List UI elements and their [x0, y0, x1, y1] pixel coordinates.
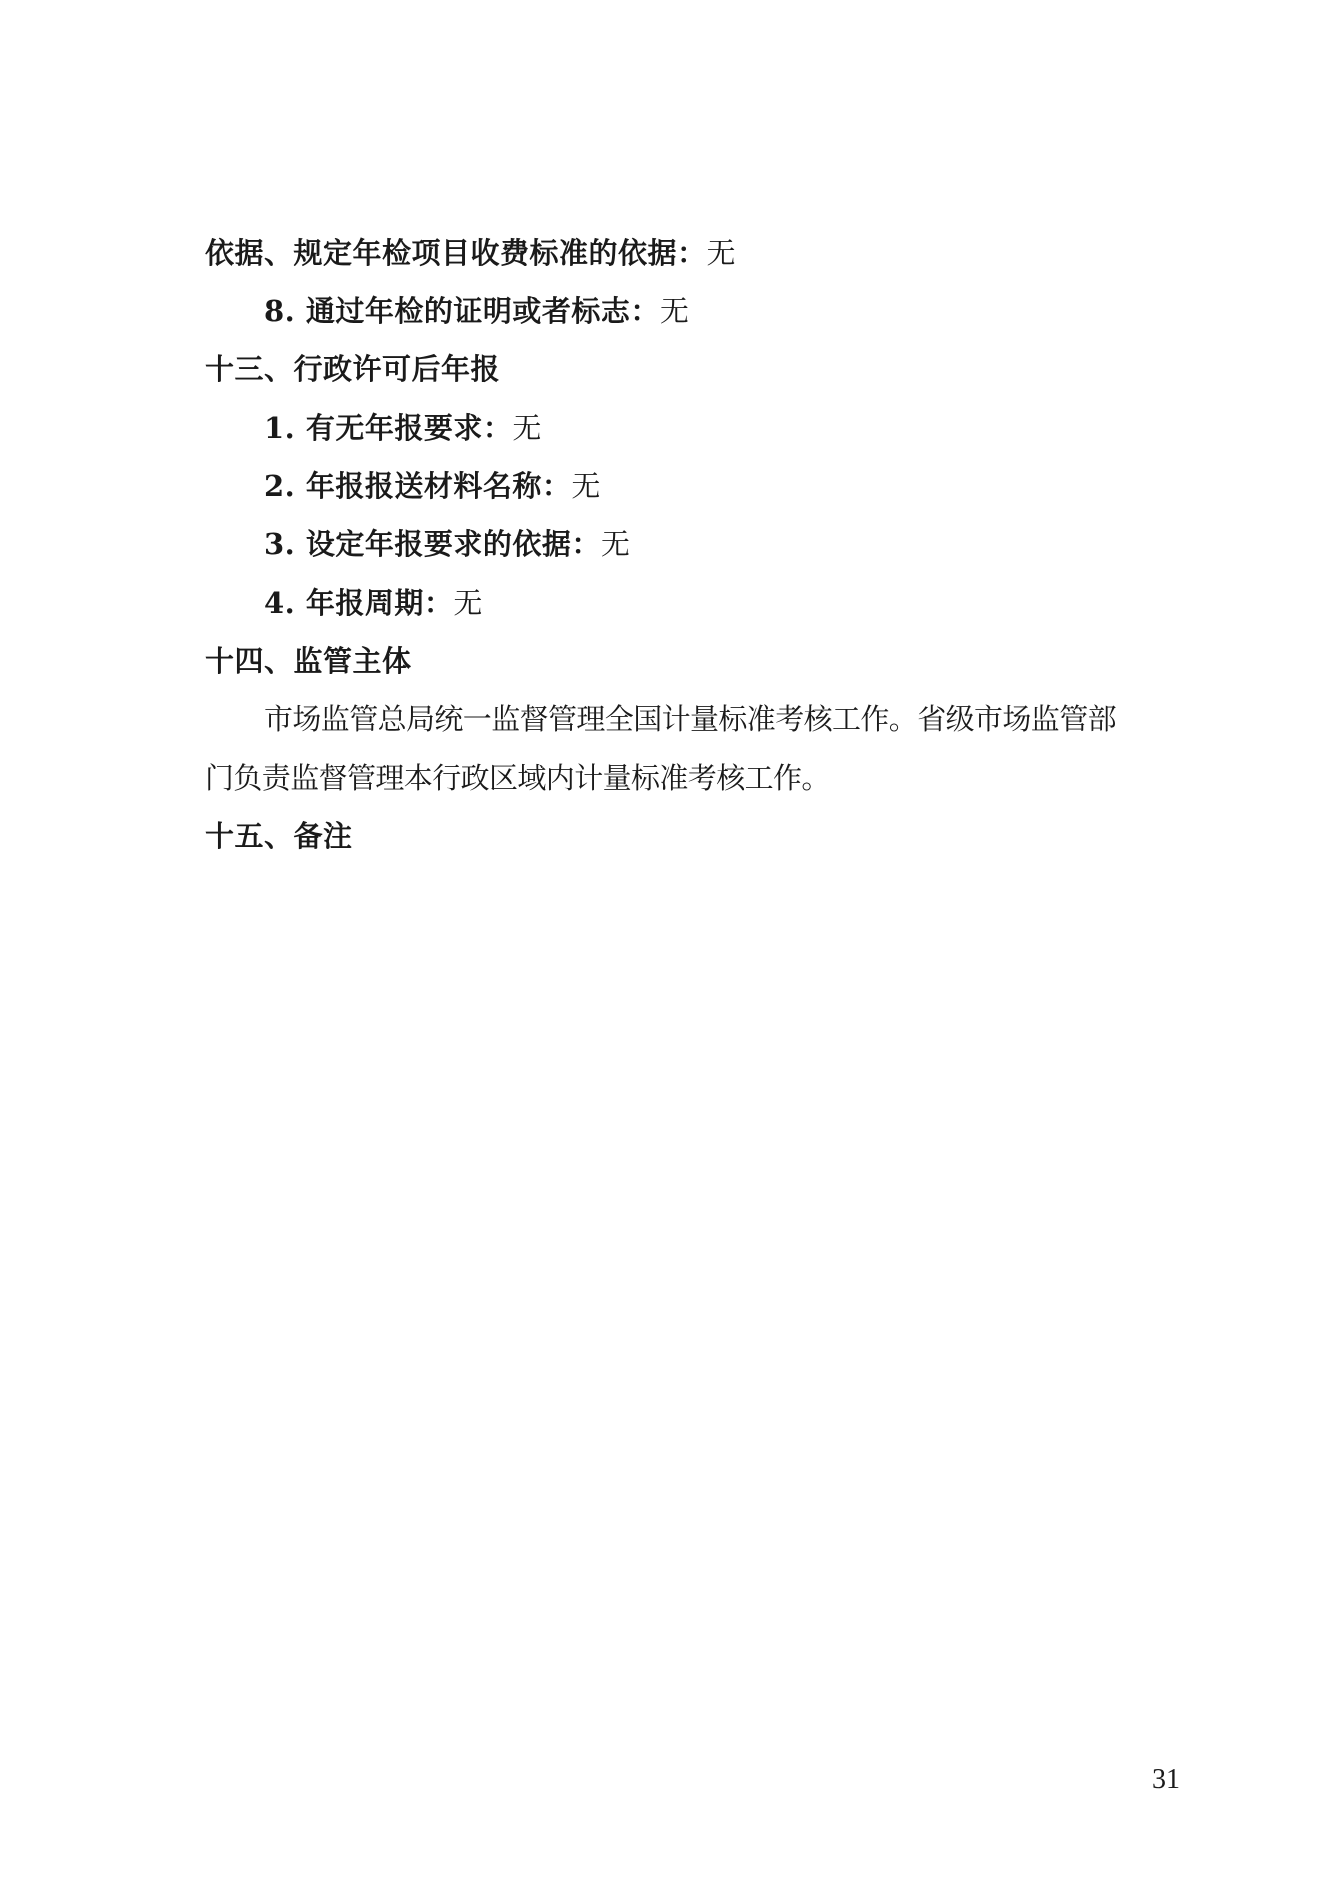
annual-report-materials-value: 无: [571, 469, 601, 503]
annual-report-basis-value: 无: [601, 527, 631, 561]
section-13-heading: 十三、行政许可后年报: [205, 349, 500, 389]
section-15-heading: 十五、备注: [205, 816, 353, 856]
annual-report-materials-label: 2. 年报报送材料名称：: [264, 469, 571, 503]
certificate-value: 无: [660, 294, 690, 328]
annual-report-basis-line: 3. 设定年报要求的依据：无: [264, 524, 630, 564]
section-14-heading: 十四、监管主体: [205, 641, 412, 681]
fee-basis-value: 无: [707, 236, 737, 270]
annual-report-materials-line: 2. 年报报送材料名称：无: [264, 466, 601, 506]
annual-report-basis-label: 3. 设定年报要求的依据：: [264, 527, 601, 561]
certificate-label: 8. 通过年检的证明或者标志：: [264, 294, 660, 328]
annual-report-period-value: 无: [453, 586, 483, 620]
supervision-paragraph-line-1: 市场监管总局统一监督管理全国计量标准考核工作。省级市场监管部: [264, 699, 1116, 739]
supervision-paragraph-line-2: 门负责监督管理本行政区域内计量标准考核工作。: [205, 758, 830, 798]
annual-report-required-line: 1. 有无年报要求：无: [264, 408, 542, 448]
annual-report-period-line: 4. 年报周期：无: [264, 583, 483, 623]
annual-report-required-label: 1. 有无年报要求：: [264, 411, 512, 445]
certificate-line: 8. 通过年检的证明或者标志：无: [264, 291, 689, 331]
fee-basis-label: 依据、规定年检项目收费标准的依据：: [205, 236, 707, 270]
annual-report-required-value: 无: [512, 411, 542, 445]
page-number: 31: [1152, 1764, 1180, 1796]
fee-basis-line: 依据、规定年检项目收费标准的依据：无: [205, 233, 736, 273]
annual-report-period-label: 4. 年报周期：: [264, 586, 453, 620]
